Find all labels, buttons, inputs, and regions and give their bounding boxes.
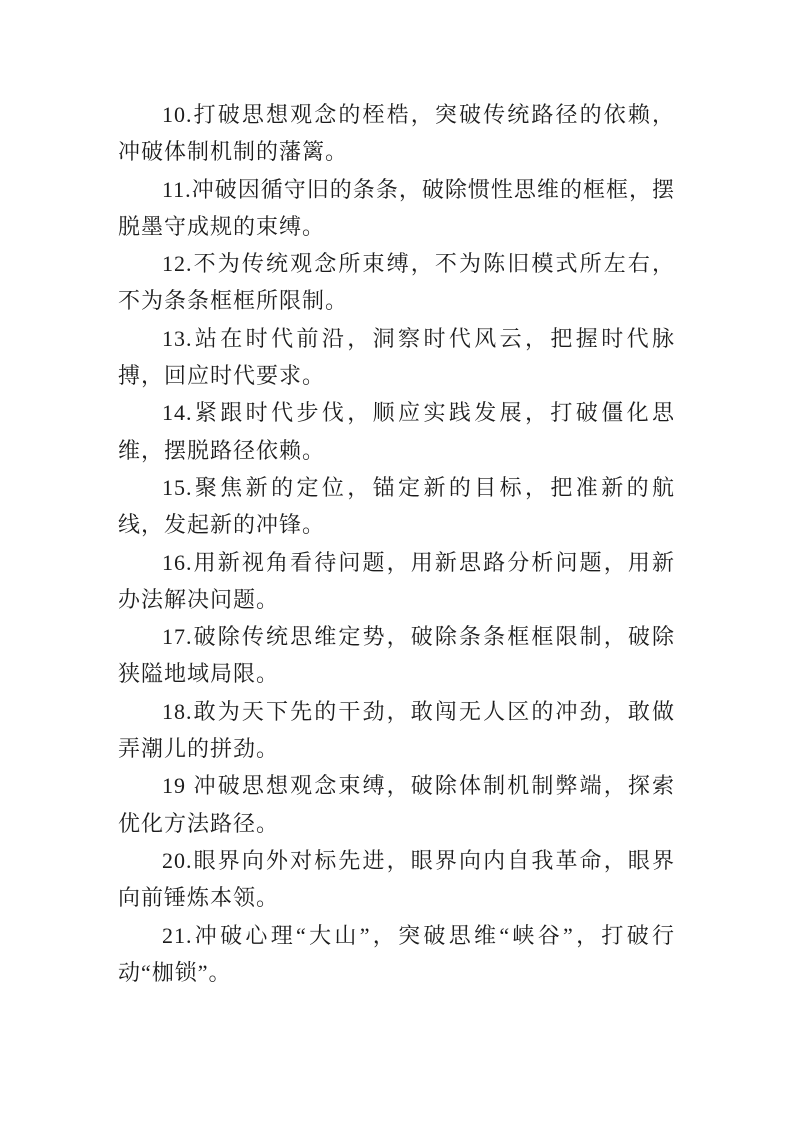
numbered-paragraph-20: 20.眼界向外对标先进，眼界向内自我革命，眼界向前锤炼本领。 bbox=[118, 842, 675, 917]
numbered-paragraph-10: 10.打破思想观念的桎梏，突破传统路径的依赖，冲破体制机制的藩篱。 bbox=[118, 96, 675, 171]
numbered-paragraph-19: 19 冲破思想观念束缚，破除体制机制弊端，探索优化方法路径。 bbox=[118, 767, 675, 842]
numbered-paragraph-12: 12.不为传统观念所束缚，不为陈旧模式所左右，不为条条框框所限制。 bbox=[118, 245, 675, 320]
numbered-paragraph-17: 17.破除传统思维定势，破除条条框框限制，破除狭隘地域局限。 bbox=[118, 618, 675, 693]
numbered-paragraph-11: 11.冲破因循守旧的条条，破除惯性思维的框框，摆脱墨守成规的束缚。 bbox=[118, 171, 675, 246]
numbered-paragraph-14: 14.紧跟时代步伐，顺应实践发展，打破僵化思维，摆脱路径依赖。 bbox=[118, 394, 675, 469]
numbered-paragraph-13: 13.站在时代前沿，洞察时代风云，把握时代脉搏，回应时代要求。 bbox=[118, 320, 675, 395]
numbered-paragraph-18: 18.敢为天下先的干劲，敢闯无人区的冲劲，敢做弄潮儿的拼劲。 bbox=[118, 693, 675, 768]
document-body: 10.打破思想观念的桎梏，突破传统路径的依赖，冲破体制机制的藩篱。 11.冲破因… bbox=[118, 96, 675, 991]
numbered-paragraph-21: 21.冲破心理“大山”，突破思维“峡谷”，打破行动“枷锁”。 bbox=[118, 917, 675, 992]
numbered-paragraph-16: 16.用新视角看待问题，用新思路分析问题，用新办法解决问题。 bbox=[118, 544, 675, 619]
numbered-paragraph-15: 15.聚焦新的定位，锚定新的目标，把准新的航线，发起新的冲锋。 bbox=[118, 469, 675, 544]
document-page: 10.打破思想观念的桎梏，突破传统路径的依赖，冲破体制机制的藩篱。 11.冲破因… bbox=[0, 0, 793, 1122]
